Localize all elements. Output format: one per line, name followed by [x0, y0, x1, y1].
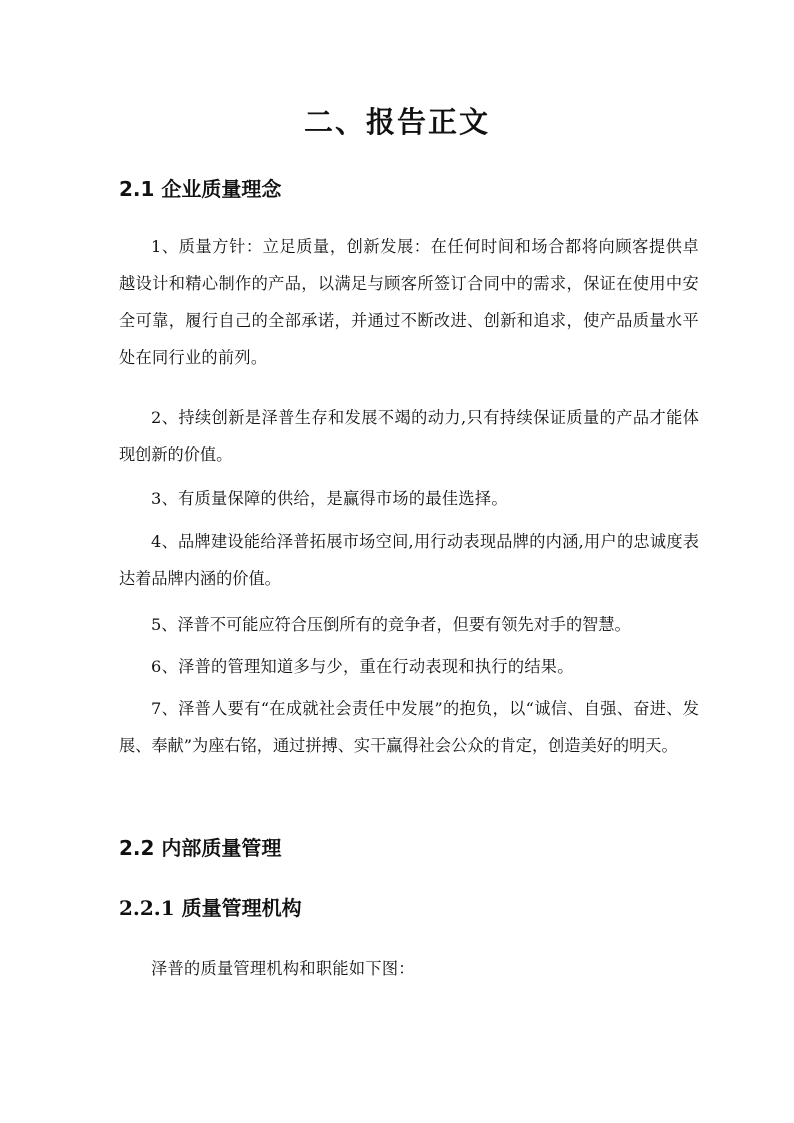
subsection-heading-2-2-1: 2.2.1 质量管理机构 — [119, 894, 302, 922]
paragraph-quality-policy: 1、质量方针：立足质量，创新发展：在任何时间和场合都将向顾客提供卓越设计和精心制… — [119, 228, 699, 376]
paragraph-brand-building: 4、品牌建设能给泽普拓展市场空间,用行动表现品牌的内涵,用户的忠诚度表达着品牌内… — [119, 523, 699, 597]
paragraph-management: 6、泽普的管理知道多与少，重在行动表现和执行的结果。 — [119, 648, 699, 685]
section-heading-2-1: 2.1 企业质量理念 — [119, 175, 281, 203]
document-page: 二、报告正文 2.1 企业质量理念 1、质量方针：立足质量，创新发展：在任何时间… — [0, 0, 794, 1123]
paragraph-competition: 5、泽普不可能应符合压倒所有的竞争者，但要有领先对手的智慧。 — [119, 606, 699, 643]
page-title: 二、报告正文 — [0, 102, 794, 142]
section-heading-2-2: 2.2 内部质量管理 — [119, 834, 281, 862]
paragraph-continuous-innovation: 2、持续创新是泽普生存和发展不竭的动力,只有持续保证质量的产品才能体现创新的价值… — [119, 399, 699, 473]
paragraph-quality-supply: 3、有质量保障的供给，是赢得市场的最佳选择。 — [119, 480, 699, 517]
paragraph-motto: 7、泽普人要有“在成就社会责任中发展”的抱负，以“诚信、自强、奋进、发展、奉献”… — [119, 690, 699, 764]
paragraph-org-intro: 泽普的质量管理机构和职能如下图： — [119, 950, 699, 987]
